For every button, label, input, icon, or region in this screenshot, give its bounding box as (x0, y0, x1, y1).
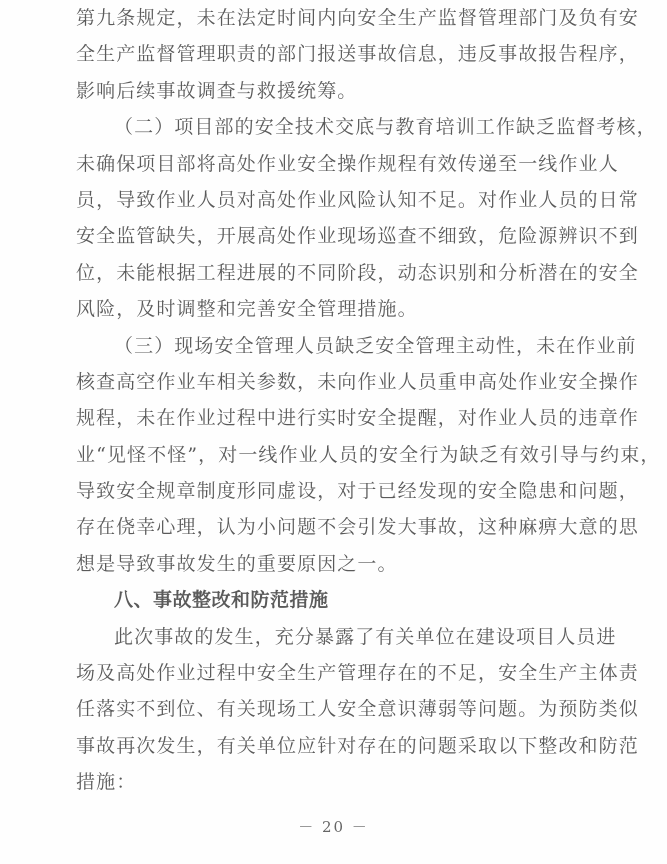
paragraph-item-2: （二）项目部的安全技术交底与教育培训工作缺乏监督考核， 未确保项目部将高处作业安… (76, 109, 612, 327)
text-line: 影响后续事故调查与救援统筹。 (76, 73, 612, 109)
section-heading: 八、事故整改和防范措施 (76, 582, 612, 618)
document-body: 第九条规定，未在法定时间内向安全生产监督管理部门及负有安 全生产监督管理职责的部… (76, 0, 612, 801)
text-line: （二）项目部的安全技术交底与教育培训工作缺乏监督考核， (76, 109, 612, 145)
text-line: 第九条规定，未在法定时间内向安全生产监督管理部门及负有安 (76, 0, 612, 36)
text-line: 全生产监督管理职责的部门报送事故信息，违反事故报告程序， (76, 36, 612, 72)
page-number: － 20 － (0, 816, 667, 837)
text-line: 未确保项目部将高处作业安全操作规程有效传递至一线作业人 (76, 146, 612, 182)
text-line: 安全监管缺失，开展高处作业现场巡查不细致，危险源辨识不到 (76, 218, 612, 254)
paragraph-item-3: （三）现场安全管理人员缺乏安全管理主动性，未在作业前 核查高空作业车相关参数，未… (76, 328, 612, 583)
text-line: 位，未能根据工程进展的不同阶段，动态识别和分析潜在的安全 (76, 255, 612, 291)
text-line: 业“见怪不怪”，对一线作业人员的安全行为缺乏有效引导与约束， (76, 437, 612, 473)
text-line: 存在侥幸心理，认为小问题不会引发大事故，这种麻痹大意的思 (76, 509, 612, 545)
text-line: 导致安全规章制度形同虚设，对于已经发现的安全隐患和问题， (76, 473, 612, 509)
text-line: 规程，未在作业过程中进行实时安全提醒，对作业人员的违章作 (76, 400, 612, 436)
text-line: 事故再次发生，有关单位应针对存在的问题采取以下整改和防范 (76, 728, 612, 764)
text-line: 风险，及时调整和完善安全管理措施。 (76, 291, 612, 327)
text-line: （三）现场安全管理人员缺乏安全管理主动性，未在作业前 (76, 328, 612, 364)
section-paragraph: 此次事故的发生，充分暴露了有关单位在建设项目人员进 场及高处作业过程中安全生产管… (76, 619, 612, 801)
document-page: 第九条规定，未在法定时间内向安全生产监督管理部门及负有安 全生产监督管理职责的部… (0, 0, 667, 864)
text-line: 任落实不到位、有关现场工人安全意识薄弱等问题。为预防类似 (76, 691, 612, 727)
text-line: 此次事故的发生，充分暴露了有关单位在建设项目人员进 (76, 619, 612, 655)
text-line: 核查高空作业车相关参数，未向作业人员重申高处作业安全操作 (76, 364, 612, 400)
text-line: 场及高处作业过程中安全生产管理存在的不足，安全生产主体责 (76, 655, 612, 691)
paragraph-continuation: 第九条规定，未在法定时间内向安全生产监督管理部门及负有安 全生产监督管理职责的部… (76, 0, 612, 109)
text-line: 员，导致作业人员对高处作业风险认知不足。对作业人员的日常 (76, 182, 612, 218)
text-line: 想是导致事故发生的重要原因之一。 (76, 546, 612, 582)
text-line: 措施： (76, 764, 612, 800)
